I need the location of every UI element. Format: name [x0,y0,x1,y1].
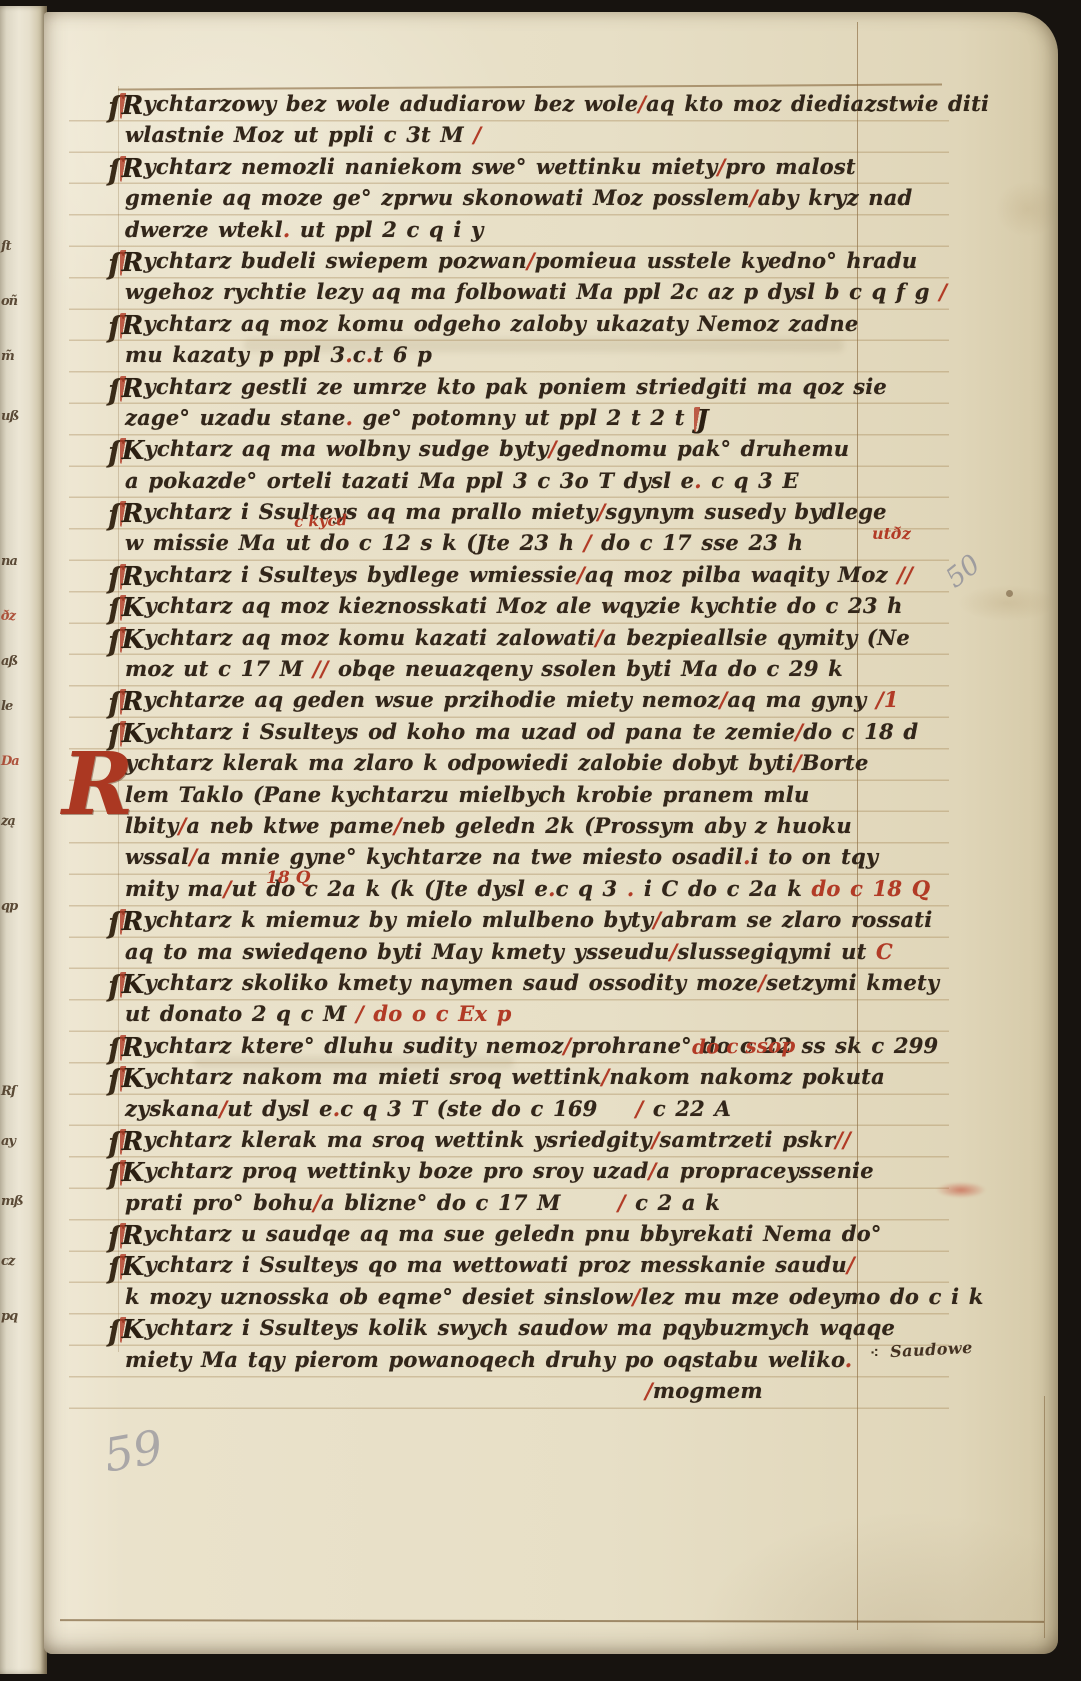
ink-text: dwerze wtekl [125,217,283,242]
ink-text: sgynym susedy bydlege [605,499,886,524]
ink-text: k mozy uznosska ob eqme° desiet sinslow [125,1284,633,1309]
ink-text: ychtarz i Ssulteys bydlege wmiessie [144,562,578,587]
rubric-text: / [653,907,661,932]
paragraph-initial: R [120,156,144,182]
rubric-text: / [549,436,557,461]
paragraph-initial: R [120,93,144,119]
ink-text: abram se zlaro rossati [661,907,932,932]
gutter-text-fragment: le [1,699,12,714]
ink-text: pro malost [725,154,855,179]
ink-text: ychtarz aq ma wolbny sudge byty [145,436,549,461]
ink-text: setzymi kmety [766,970,939,995]
gutter-text-fragment: cz [1,1254,14,1269]
manuscript-line: aq to ma swiedqeno byti May kmety ysseud… [125,936,937,967]
manuscript-line: ſRychtarz gestli ze umrze kto pak poniem… [125,371,937,402]
manuscript-line: ut donato 2 q c M / do o c Ex p [125,998,937,1029]
gutter-text-fragment: ſt [1,239,11,254]
manuscript-line: lbity/a neb ktwe pame/neb geledn 2k (Pro… [125,810,937,841]
manuscript-line: wlastnie Moz ut ppli c 3t M / [125,119,937,150]
paragraph-initial: R [120,1223,144,1249]
ink-text: samtrzeti pskr [660,1127,836,1152]
paragraph-initial: K [120,438,145,464]
ink-text: mu kazaty p ppl 3 [125,342,345,367]
manuscript-line: wgehoz rychtie lezy aq ma folbowati Ma p… [125,276,937,307]
paragraph-hook: ſ [108,909,121,938]
ink-text: c 22 A [643,1096,731,1121]
paragraph-hook: ſ [108,501,121,530]
ink-text: miety Ma tqy pierom powanoqech druhy po … [125,1347,845,1372]
manuscript-line: gmenie aq moze ge° zprwu skonowati Moz p… [125,182,937,213]
rubric-text: / [750,185,758,210]
ink-text: obqe neuazqeny ssolen byti Ma do c 29 k [328,656,842,681]
paragraph-hook: ſ [108,1223,121,1252]
rubric-text: / [652,1127,660,1152]
rubric-text: / [584,530,592,555]
rubric-text: /1 [866,687,898,712]
ink-text: a neb ktwe pame [186,813,393,838]
manuscript-line: ſKychtarz i Ssulteys qo ma wettowati pro… [125,1249,937,1280]
ink-text: lem Taklo (Pane kychtarzu mielbych krobi… [125,782,809,807]
paragraph-hook: ſ [108,1254,121,1283]
ink-text: ge° potomny ut ppl 2 t 2 t [353,405,694,430]
ink-text: Borte [802,750,869,775]
rubric-text: . [345,342,353,367]
manuscript-line: ſRychtarz ktere° dluhu sudity nemoz/proh… [125,1030,937,1061]
ink-text: prati pro° bohu [125,1190,313,1215]
gutter-text-fragment: ðz [1,609,15,624]
ink-text: pomieua usstele kyedno° hradu [535,248,918,273]
manuscript-line: zage° uzadu stane. ge° potomny ut ppl 2 … [125,402,937,433]
ink-text: a propraceyssenie [656,1158,873,1183]
rubric-text: / [795,719,803,744]
paragraph-hook: ſ [108,689,121,718]
ink-text: neb geledn 2k (Prossym aby z huoku [402,813,852,838]
ink-text: wssal [125,844,189,869]
manuscript-line: ſKychtarz i Ssulteys od koho ma uzad od … [125,716,937,747]
ink-text: gmenie aq moze ge° zprwu skonowati Moz p… [125,185,750,210]
paragraph-initial: K [120,1254,145,1280]
paragraph-hook: ſ [108,376,121,405]
manuscript-line: ſKychtarz aq ma wolbny sudge byty/gednom… [125,433,937,464]
margin-red-note: utðz [872,524,911,543]
ink-text: ychtarz i Ssulteys qo ma wettowati proz … [145,1252,847,1277]
manuscript-line: mity ma/ut do c 2a k (k (Jte dysl e.c q … [125,873,937,904]
ink-text: ychtarz budeli swiepem pozwan [144,248,527,273]
manuscript-line: ſKychtarz aq moz komu kazati zalowati/a … [125,622,937,653]
rubric-text: // [835,1127,851,1152]
ink-text: w missie Ma ut do c 12 s k (Jte 23 h [125,530,584,555]
ink-text: lez mu mze odeymo do c i k [640,1284,983,1309]
rubric-text: . [694,468,702,493]
rubric-text: / [189,844,197,869]
ink-text: ychtarz skoliko kmety naymen saud ossodi… [145,970,759,995]
manuscript-line: ſKychtarz nakom ma mieti sroq wettink/na… [125,1061,937,1092]
edge-ruling-line [1044,1396,1045,1638]
ink-text: do c 18 d [803,719,918,744]
rubric-text: // [888,562,913,587]
interlinear-red-note: c kycd [294,511,348,531]
rubric-text: / [394,813,402,838]
rubric-text: // [313,656,329,681]
paragraph-initial: R [120,250,144,276]
gutter-text-fragment: qp [1,899,17,914]
paragraph-hook: ſ [108,595,121,624]
manuscript-line: mu kazaty p ppl 3.c.t 6 p [125,339,937,370]
ink-text: zage° uzadu stane [125,405,346,430]
manuscript-line: prati pro° bohu/a blizne° do c 17 M / c … [125,1187,937,1218]
manuscript-line: ſRychtarz budeli swiepem pozwan/pomieua … [125,245,937,276]
ink-text: ychtarz gestli ze umrze kto pak poniem s… [144,374,887,399]
paragraph-hook: ſ [108,1066,121,1095]
margin-note-marker: ⁖ [870,1344,879,1362]
paragraph-hook: ſ [108,313,121,342]
paragraph-initial: K [120,1160,145,1186]
manuscript-line: miety Ma tqy pierom powanoqech druhy po … [125,1344,937,1375]
paragraph-initial: K [120,1317,145,1343]
paragraph-hook: ſ [108,972,121,1001]
rubric-text: do c 18 Q [811,876,930,901]
rubric-text: . [743,844,751,869]
paragraph-initial: R [120,1129,144,1155]
paragraph-initial: R [120,376,144,402]
ink-text: c [353,342,366,367]
rubric-text: / [224,876,232,901]
ink-text: ut ppl 2 c q i y [290,217,483,242]
ink-text: i to on tqy [751,844,879,869]
gutter-text-fragment: uß [1,409,18,424]
paragraph-initial: K [120,595,145,621]
paragraph-initial: R [120,313,144,339]
text-block: ſRychtarzowy bez wole adudiarow bez wole… [125,88,937,1406]
ink-text: ychtarz aq moz komu kazati zalowati [145,625,596,650]
paragraph-hook: ſ [108,564,121,593]
rubric-text: / [618,1190,626,1215]
rubric-text: / [313,1190,321,1215]
manuscript-line: ſRychtarz nemozli naniekom swe° wettinku… [125,151,937,182]
red-reference-note: do c ssop [692,1033,796,1059]
manuscript-line: ſKychtarz aq moz kieznosskati Moz ale wq… [125,590,937,621]
manuscript-line: ſRychtarz k miemuz by mielo mlulbeno byt… [125,904,937,935]
paragraph-hook: ſ [108,250,121,279]
ink-text: c q 3 E [702,468,799,493]
ink-text: ychtarz nemozli naniekom swe° wettinku m… [144,154,718,179]
manuscript-line: k mozy uznosska ob eqme° desiet sinslow/… [125,1281,937,1312]
manuscript-line: /mogmem [125,1375,937,1406]
gutter-text-fragment: mß [1,1194,23,1209]
paragraph-hook: ſ [108,1035,121,1064]
gutter-text-fragment: Rſ [1,1084,15,1099]
manuscript-line: ſRychtarze aq geden wsue przihodie miety… [125,684,937,715]
ink-text: aq moz pilba waqity Moz [585,562,888,587]
manuscript-line: ſRychtarz u saudqe aq ma sue geledn pnu … [125,1218,937,1249]
ink-text: gednomu pak° druhemu [557,436,850,461]
ink-text: t 6 p [373,342,432,367]
large-red-initial: R [62,742,133,828]
pencil-folio-number-right: 50 [940,549,986,595]
manuscript-line: ſRychtarz i Ssulteys bydlege wmiessie/aq… [125,559,937,590]
gutter-text-fragment: pq [1,1309,17,1324]
ink-text: ut dysl e [227,1096,332,1121]
ink-text: ychtarz ktere° dluhu sudity nemoz [144,1033,564,1058]
ink-text: ychtarzowy bez wole adudiarow bez wole [144,91,639,116]
paragraph-hook: ſ [108,156,121,185]
ink-text: a bezpieallsie qymity (Ne [603,625,910,650]
ink-text: a pokazde° orteli tazati Ma ppl 3 c 3o T… [125,468,694,493]
ink-text: c q 3 T (ste do c 169 [340,1096,635,1121]
manuscript-line: ſRychtarzowy bez wole adudiarow bez wole… [125,88,937,119]
paragraph-hook: ſ [108,1129,121,1158]
ink-text: aq to ma swiedqeno byti May kmety ysseud… [125,939,670,964]
manuscript-line: ſRychtarz klerak ma sroq wettink ysriedg… [125,1124,937,1155]
manuscript-line: ſRychtarz i Ssulteys aq ma prallo miety/… [125,496,937,527]
manuscript-line: zyskana/ut dysl e.c q 3 T (ste do c 169 … [125,1093,937,1124]
ink-text: aq kto moz diediazstwie diti [646,91,989,116]
paragraph-hook: ſ [108,627,121,656]
rubric-text: / [473,122,481,147]
red-ink-stain [936,1182,986,1198]
manuscript-line: wssal/a mnie gyne° kychtarze na twe mies… [125,841,937,872]
manuscript-page: ſRychtarzowy bez wole adudiarow bez wole… [44,12,1058,1654]
manuscript-line: lem Taklo (Pane kychtarzu mielbych krobi… [125,779,937,810]
brown-speck [604,602,613,608]
paragraph-initial: R [120,564,144,590]
gutter-text-fragment: m̃ [1,349,14,364]
interlinear-red-note: 18 Q [266,868,310,888]
manuscript-line: ſRychtarz aq moz komu odgeho zaloby ukaz… [125,308,937,339]
paragraph-hook: ſ [108,438,121,467]
ink-text: c 2 a k [626,1190,720,1215]
margin-note-saudowe: Saudowe [890,1338,974,1361]
ink-text: ychtarze aq geden wsue przihodie miety n… [144,687,720,712]
ink-text: mogmem [653,1378,763,1403]
rubric-text: / [527,248,535,273]
brown-speck [1006,590,1013,597]
ink-text: ychtarz proq wettinky boze pro sroy uzad [145,1158,649,1183]
ink-text: ychtarz k miemuz by mielo mlulbeno byty [144,907,654,932]
rubric-text: / [577,562,585,587]
ink-text: ychtarz aq moz komu odgeho zaloby ukazat… [144,311,859,336]
gutter-text-fragment: na [1,554,17,569]
paragraph-hook: ſ [108,1317,121,1346]
paragraph-initial: J [694,407,709,433]
rubric-text: / [638,91,646,116]
rubric-text: / [758,970,766,995]
paragraph-initial: R [120,501,144,527]
paragraph-initial: R [120,689,144,715]
manuscript-line: moz ut c 17 M // obqe neuazqeny ssolen b… [125,653,937,684]
ink-text: ychtarz aq moz kieznosskati Moz ale wqyz… [145,593,903,618]
ink-text: i C do c 2a k [634,876,811,901]
manuscript-line: ſKychtarz i Ssulteys kolik swych saudow … [125,1312,937,1343]
paragraph-initial: K [120,1066,145,1092]
ink-text: a mnie gyne° kychtarze na twe miesto osa… [197,844,743,869]
ink-text: slussegiqymi ut [677,939,876,964]
ink-text: mity ma [125,876,224,901]
ink-text: ychtarz i Ssulteys od koho ma uzad od pa… [145,719,796,744]
ink-text: aq ma gyny [727,687,866,712]
ink-text: a blizne° do c 17 M [321,1190,618,1215]
manuscript-line: ychtarz klerak ma zlaro k odpowiedi zalo… [125,747,937,778]
gutter-text-fragment: zą [1,814,15,829]
rubric-text: C [876,939,893,964]
ink-text: nakom nakomz pokuta [609,1064,884,1089]
ink-text: ychtarz i Ssulteys kolik swych saudow ma… [145,1315,896,1340]
gutter-text-fragment: oñ [1,294,17,309]
paragraph-hook: ſ [108,1160,121,1189]
paragraph-initial: K [120,627,145,653]
paragraph-initial: K [120,972,145,998]
ink-text: moz ut c 17 M [125,656,313,681]
rubric-text: . [548,876,556,901]
paragraph-hook: ſ [108,93,121,122]
ink-text: ychtarz nakom ma mieti sroq wettink [145,1064,602,1089]
manuscript-line: w missie Ma ut do c 12 s k (Jte 23 h / d… [125,527,937,558]
gutter-text-fragment: ay [1,1134,15,1149]
rubric-text: / [794,750,802,775]
manuscript-line: ſKychtarz skoliko kmety naymen saud osso… [125,967,937,998]
ink-text: ychtarz i Ssulteys aq ma prallo miety [144,499,598,524]
rubric-text: . [845,1347,853,1372]
ink-text: c q 3 [556,876,627,901]
gutter-text-fragment: Da [1,754,19,769]
bottom-ruling-line [60,1619,1044,1622]
ink-text: ychtarz klerak ma sroq wettink ysriedgit… [144,1127,652,1152]
ink-text: do c 17 sse 23 h [592,530,803,555]
ink-text: wlastnie Moz ut ppli c 3t M [125,122,473,147]
ink-text: ychtarz u saudqe aq ma sue geledn pnu bb… [144,1221,882,1246]
rubric-text: . [346,405,354,430]
rubric-text: / [930,279,947,304]
paragraph-initial: R [120,1035,144,1061]
gutter-text-fragment: aß [1,654,17,669]
paragraph-initial: R [120,909,144,935]
manuscript-line: dwerze wtekl. ut ppl 2 c q i y [125,214,937,245]
ink-text: wgehoz rychtie lezy aq ma folbowati Ma p… [125,279,930,304]
rubric-text: / [847,1252,855,1277]
rubric-text: / [645,1378,653,1403]
rubric-text: / do o c Ex p [356,1001,512,1026]
ink-text: zyskana [125,1096,219,1121]
manuscript-line: a pokazde° orteli tazati Ma ppl 3 c 3o T… [125,465,937,496]
photograph-of-manuscript: { "document": { "description": "Medieval… [0,0,1081,1681]
gutter-fore-edge: ſtoñm̃ußnaðzaßleDaząqpRſaymßczpq [0,6,47,1674]
ink-text: aby kryz nad [758,185,913,210]
manuscript-line: ſKychtarz proq wettinky boze pro sroy uz… [125,1155,937,1186]
ink-text: ut donato 2 q c M [125,1001,356,1026]
pencil-folio-number-bottom: 59 [100,1419,167,1482]
ink-text: ychtarz klerak ma zlaro k odpowiedi zalo… [125,750,794,775]
